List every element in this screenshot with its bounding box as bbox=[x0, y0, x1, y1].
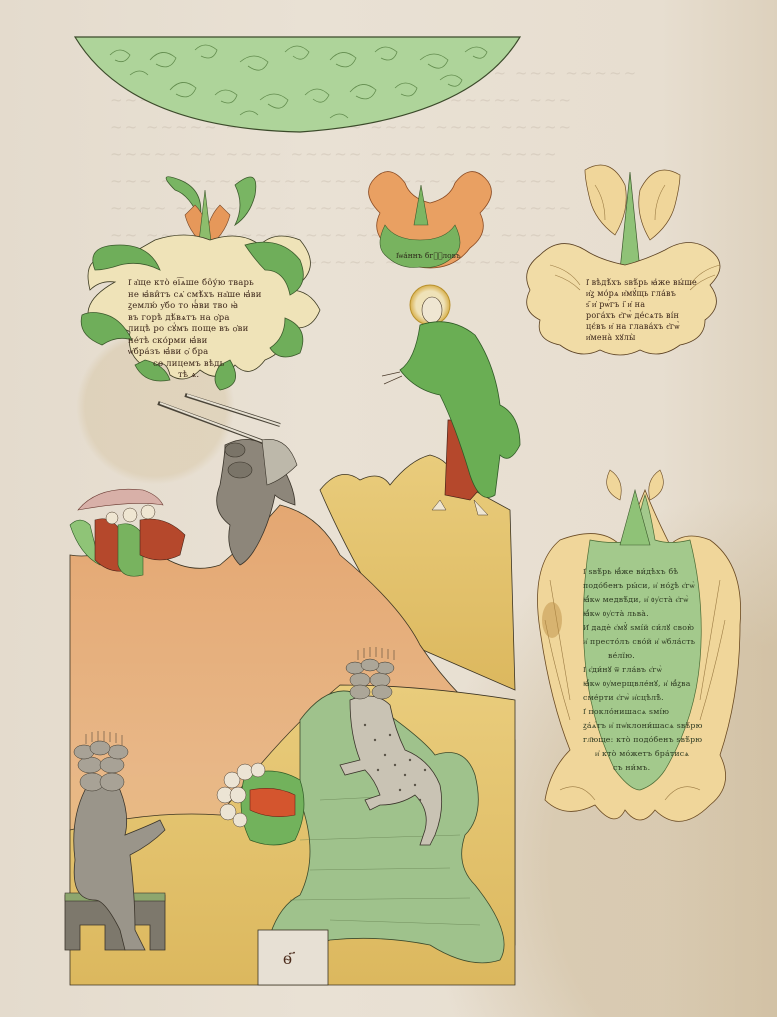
text-line: ꙁемлю́ у҆бо то ꙗ҆́ви тво ꙗ҆ bbox=[128, 301, 262, 313]
cartouche-center-text: І҆ѡа́ннъ бгⷭ҇ловъ bbox=[396, 251, 461, 260]
manuscript-page: ~~~ ~~~~ ~~~~~~ ~~~ ~~~~~ ~~~~ ~~~ ~~~~~… bbox=[0, 0, 777, 1017]
folio-mark: ѳ҃ bbox=[283, 948, 292, 969]
text-line: и҆мена̀ хꙋлы̀ bbox=[586, 332, 697, 343]
text-line: въ горѣ дѣ́вѧтъ на ѻ҆ра bbox=[128, 313, 262, 325]
text-line: не́тѣ ско́рми ꙗ҆ви bbox=[128, 336, 262, 348]
sky-firmament bbox=[75, 37, 520, 132]
text-line: и҆ кто̀ мо́жетъ бра́тисѧ bbox=[583, 747, 703, 761]
text-line: І҆ є҆ди́нꙋ ѿ гла́въ є҆гѡ̀ bbox=[583, 663, 703, 677]
text-line: ве́лїю. bbox=[583, 649, 703, 663]
text-line: подо́бенъ ры́си, и҆ но́ꙁѣ є҆гѡ̀ bbox=[583, 579, 703, 593]
text-line: І҆ѡа́ннъ бгⷭ҇ловъ bbox=[396, 251, 461, 260]
cartouche-right-text: І҆ вѣдѣ́хъ ѕвѣ́рь ꙗ҆же вы́ше и҆ꙁ мо́рѧ и… bbox=[586, 277, 697, 343]
text-line: И҆ дадѐ є҆мꙋ̀ ѕмі́й си́лꙋ свою̀ bbox=[583, 621, 703, 635]
text-line: ѡ҆бра́зъ ꙗ҆ви ѻ҆ бра bbox=[128, 347, 262, 359]
illumination-artwork bbox=[0, 0, 777, 1017]
text-line: І҆ вѣдѣ́хъ ѕвѣ́рь ꙗ҆же вы́ше bbox=[586, 277, 697, 288]
text-line: сме́рти є҆гѡ̀ и҆сцѣлѣ̀. bbox=[583, 691, 703, 705]
text-line: и҆ престо́лъ сво́й и҆ ѡ҆бла́сть bbox=[583, 635, 703, 649]
text-line: лицѣ ро сꙋ҆мъ поще въ ѻ҆ви bbox=[128, 324, 262, 336]
text-line: І҆ ѕвѣ́рь ꙗ҆́же ви́дѣхъ бѣ bbox=[583, 565, 703, 579]
text-line: ꙗ҆́кѡ медвѣ́ди, и҆ ᲂу҆ста̀ є҆гѡ̀ bbox=[583, 593, 703, 607]
text-line: цє́въ и҆ на глава́хъ є҆гѡ̀ bbox=[586, 321, 697, 332]
text-line: І҆ покло́нишасѧ ѕмі́ю bbox=[583, 705, 703, 719]
text-line: ѕ҃ и҆ рѡ́гъ і҃ и҆ на bbox=[586, 299, 697, 310]
text-line: ꙁа́ѧ́тъ и҆ пѡ҆клони́шасѧ ѕвѣ́рю bbox=[583, 719, 703, 733]
folio-box bbox=[258, 930, 328, 985]
text-line: тѣ ѧ. bbox=[128, 370, 262, 382]
text-line: ꙗ҆́кѡ ᲂу҆мерщвле́нꙋ, и҆ ꙗ҆́ꙁва bbox=[583, 677, 703, 691]
cartouche-left-text: І҆ а҆ще кто̀ ѳі͡ѧше бо̑у́ю тварь не ꙗ҆ви… bbox=[128, 278, 262, 382]
text-line: І҆ а҆ще кто̀ ѳі͡ѧше бо̑у́ю тварь bbox=[128, 278, 262, 290]
text-line: не ꙗ҆ви̑тъ сѧ҆ смѣ́хъ на҆ше ꙗ҆ви bbox=[128, 290, 262, 302]
text-line: рога́хъ є҆гѡ̀ де́сѧть ві́н bbox=[586, 310, 697, 321]
text-line: ꙗ҆́кѡ ᲂу҆ста̀ льва̀. bbox=[583, 607, 703, 621]
text-line: со лицемъ вѣдь bbox=[128, 359, 262, 371]
text-line: гл҃юще: кто̀ подо́бенъ ѕвѣ́рю bbox=[583, 733, 703, 747]
cartouche-lower-right-text: І҆ ѕвѣ́рь ꙗ҆́же ви́дѣхъ бѣ подо́бенъ ры́… bbox=[583, 565, 703, 775]
text-line: съ ни́мъ. bbox=[583, 761, 703, 775]
text-line: и҆ꙁ мо́рѧ и҆мꙋ́щь гла́въ bbox=[586, 288, 697, 299]
